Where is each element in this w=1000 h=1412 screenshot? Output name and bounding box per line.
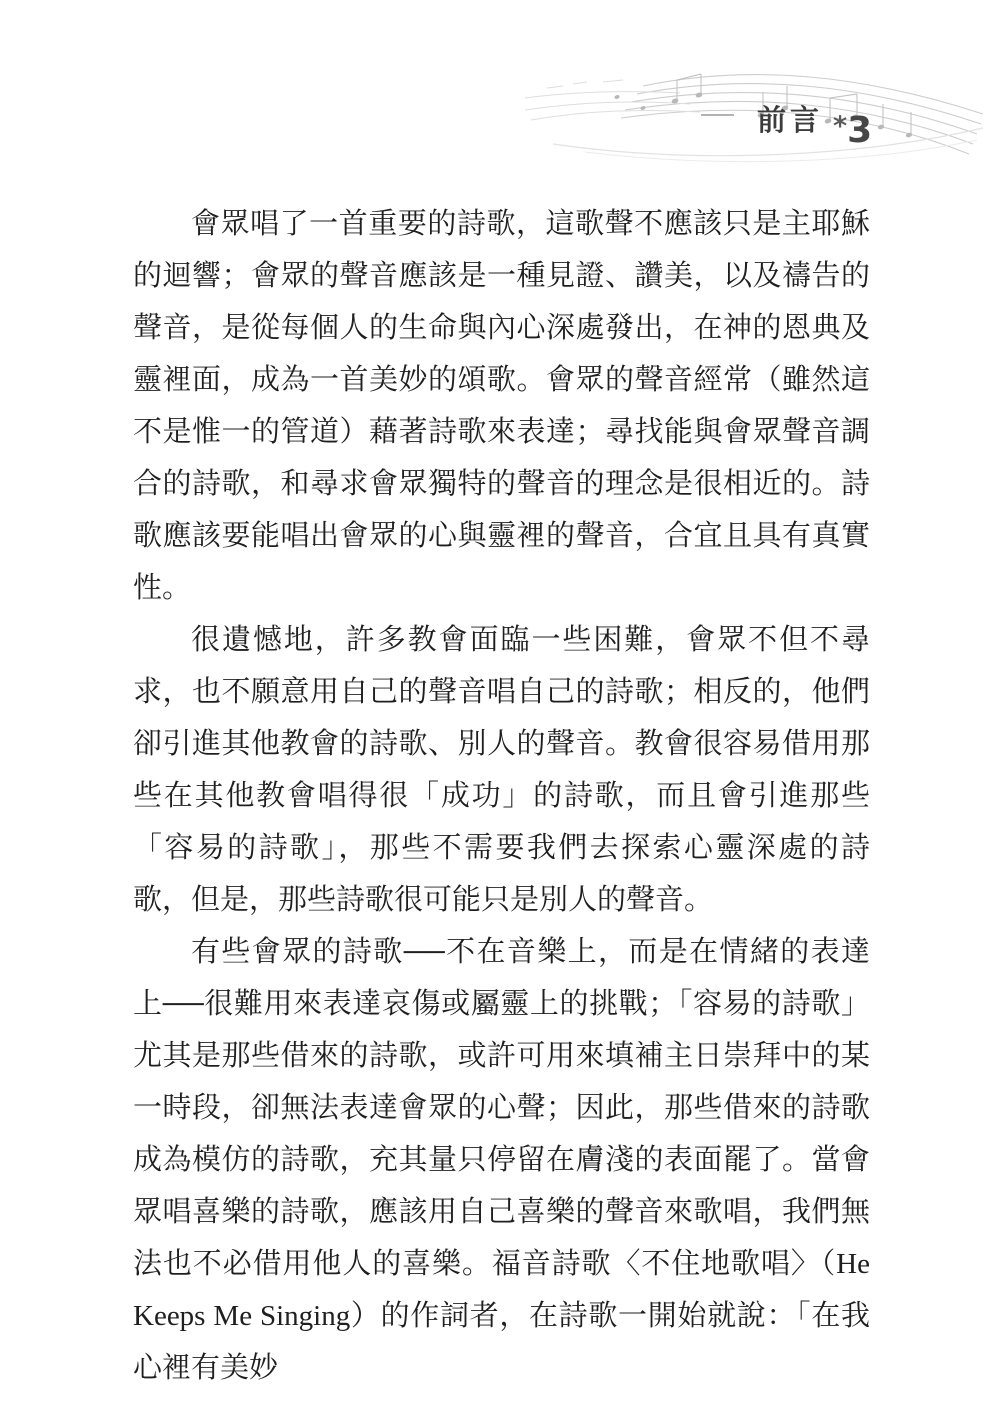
paragraph-2: 很遺憾地，許多教會面臨一些困難，會眾不但不尋求，也不願意用自己的聲音唱自己的詩歌… [133,614,870,926]
book-page: 前言 *3 會眾唱了一首重要的詩歌，這歌聲不應該只是主耶穌的迴響；會眾的聲音應該… [0,0,1000,1412]
body-text: 會眾唱了一首重要的詩歌，這歌聲不應該只是主耶穌的迴響；會眾的聲音應該是一種見證、… [133,198,870,1394]
paragraph-1: 會眾唱了一首重要的詩歌，這歌聲不應該只是主耶穌的迴響；會眾的聲音應該是一種見證、… [133,198,870,614]
page-number-value: 3 [847,110,872,151]
music-staff-icon [525,52,987,172]
asterisk-icon: * [833,111,847,142]
paragraph-3: 有些會眾的詩歌──不在音樂上，而是在情緒的表達上──很難用來表達哀傷或屬靈上的挑… [133,926,870,1394]
page-number: *3 [833,110,872,151]
title-dash [701,114,734,116]
page-title: 前言 [757,98,823,139]
